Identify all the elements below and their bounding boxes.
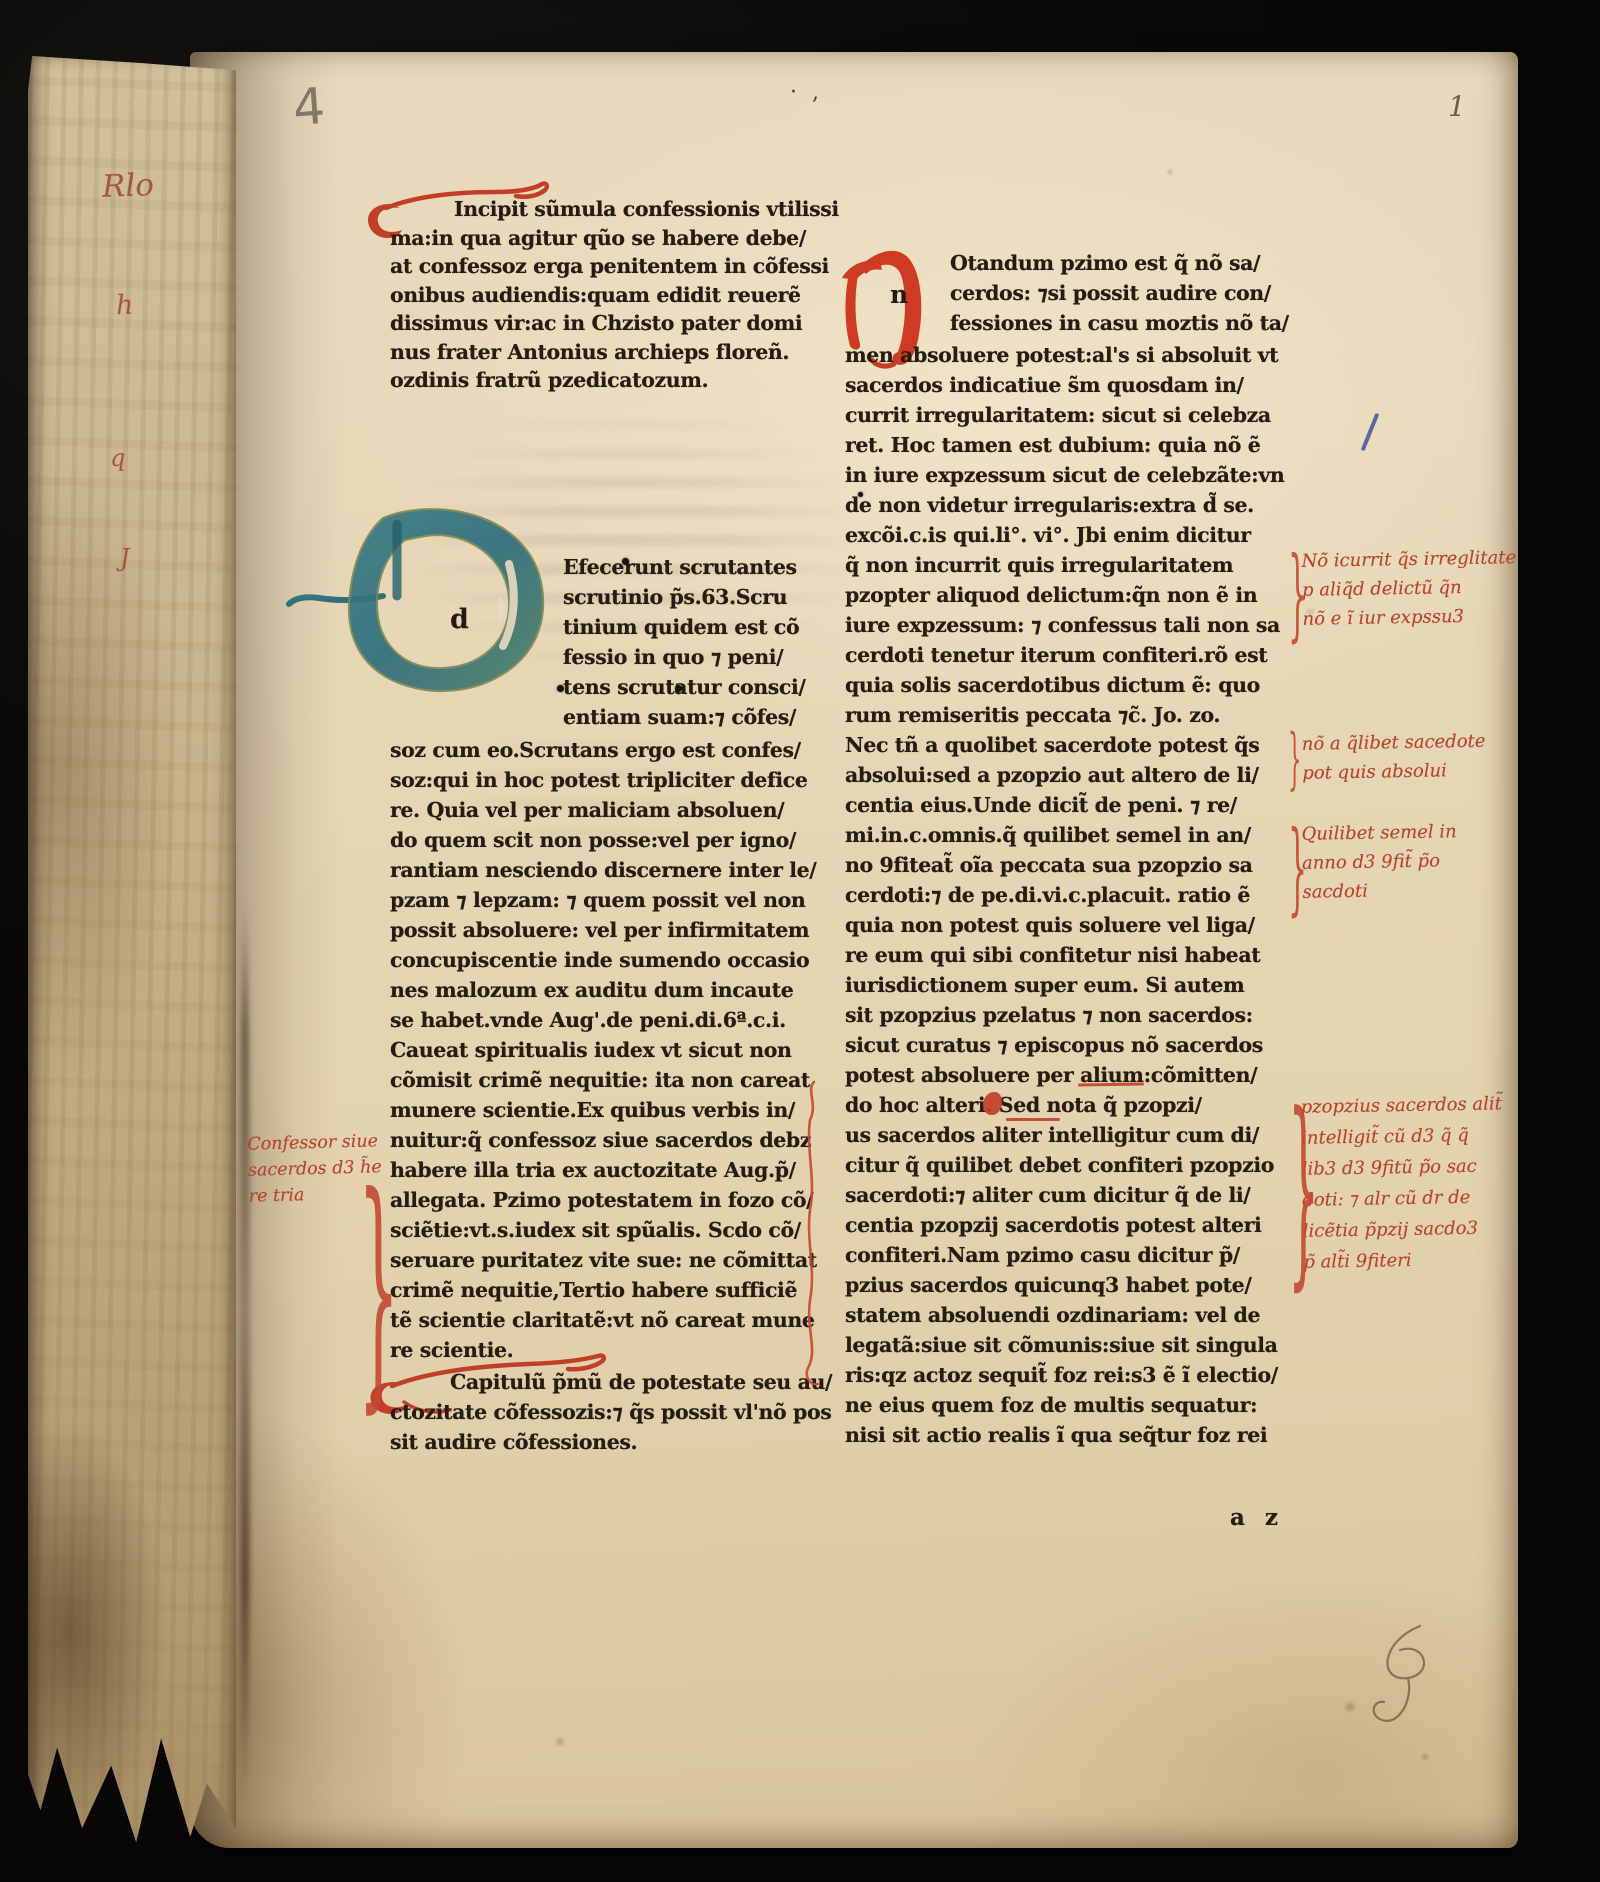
text-line: entiam suam:⁊ cõfes/ xyxy=(563,702,823,732)
text-line: munere scientie.Ex quibus verbis in/ xyxy=(390,1095,822,1125)
rubric-bracket xyxy=(1288,726,1301,792)
text-line: nõ e ĩ iur expssu3 xyxy=(1302,601,1514,634)
text-line: re eum qui sibi confitetur nisi habeat xyxy=(845,940,1300,970)
text-line: q̃ non incurrit quis irregularitatem xyxy=(845,550,1300,580)
rubric-bracket xyxy=(1288,1088,1319,1293)
text-line: rantiam nesciendo discernere inter le/ xyxy=(390,855,822,885)
text-line: allegata. Pzimo potestatem in fozo cõ/ xyxy=(390,1185,822,1215)
text-line: nes malozum ex auditu dum incaute xyxy=(390,975,822,1005)
text-line: iurisdictionem super eum. Si autem xyxy=(845,970,1300,1000)
rubric-squiggle xyxy=(800,1080,824,1390)
text-line: Efecerunt scrutantes xyxy=(563,552,823,582)
text-line: cerdos: ⁊si possit audire con/ xyxy=(950,278,1300,308)
text-line: sit audire cõfessiones. xyxy=(390,1427,822,1457)
text-line: p̃ alt̃i 9fiteri xyxy=(1303,1243,1516,1278)
text-line: de non videtur irregularis:extra d̃ se. xyxy=(845,490,1300,520)
text-line: us sacerdos aliter intelligitur cum di/ xyxy=(845,1120,1300,1150)
text-line: at confessoz erga penitentem in cõfessi xyxy=(390,252,822,281)
text-line: do quem scit non posse:vel per igno/ xyxy=(390,825,822,855)
ink-marks: · , xyxy=(790,80,823,105)
text-line: ne eius quem foz de multis sequatur: xyxy=(845,1390,1300,1420)
left-column-dropcap-lines: Efecerunt scrutantesscrutinio p̃s.63.Scr… xyxy=(563,552,823,732)
text-line: quia non potest quis soluere vel liga/ xyxy=(845,910,1300,940)
text-line: cerdoti tenetur iterum confiteri.rõ est xyxy=(845,640,1300,670)
vellum-strip: Rlo h q J xyxy=(28,56,236,1846)
guide-letter-d: d xyxy=(450,604,469,635)
text-line: potest absoluere per alium:cõmitten/ xyxy=(845,1060,1300,1090)
text-line: concupiscentie inde sumendo occasio xyxy=(390,945,822,975)
text-line: Incipit sũmula confessionis vtilissi xyxy=(390,195,822,224)
text-line: fessiones in casu moztis nõ ta/ xyxy=(950,308,1300,338)
chapter-heading: Capitulũ p̃mũ de potestate seu au/ctozit… xyxy=(390,1367,822,1457)
marginal-note: pzopzius sacerdos alit̃intelligit̃ cũ d3… xyxy=(1300,1088,1515,1278)
incipit-heading: Incipit sũmula confessionis vtilissima:i… xyxy=(390,195,822,395)
text-line: ma:in qua agitur qũo se habere debe/ xyxy=(390,224,822,253)
rubric-bracket xyxy=(1288,544,1307,644)
text-line: centia pzopzij sacerdotis potest alteri xyxy=(845,1210,1300,1240)
right-column-text: men absoluere potest:al's si absoluit vt… xyxy=(845,340,1300,1450)
text-line: seruare puritatez vite sue: ne cõmittat xyxy=(390,1245,822,1275)
text-line: crimẽ nequitie,Tertio habere sufficiẽ xyxy=(390,1275,822,1305)
gutter-crease xyxy=(240,892,250,1812)
text-line: intelligit̃ cũ d3 q̃ q̃ xyxy=(1301,1119,1514,1154)
text-line: rum remiseritis peccata ⁊c̃. Jo. zo. xyxy=(845,700,1300,730)
text-line: sicut curatus ⁊ episcopus nõ sacerdos xyxy=(845,1030,1300,1060)
text-line: Capitulũ p̃mũ de potestate seu au/ xyxy=(390,1367,822,1397)
text-line: tinium quidem est cõ xyxy=(563,612,823,642)
text-line: no 9fiteat̃ oĩa peccata sua pzopzio sa xyxy=(845,850,1300,880)
text-line: soz cum eo.Scrutans ergo est confes/ xyxy=(390,735,822,765)
text-line: onibus audiendis:quam edidit reuerẽ xyxy=(390,281,822,310)
ink-doodle xyxy=(1350,1620,1446,1736)
text-line: nõ a q̃libet sacedote xyxy=(1302,726,1514,759)
text-line: anno d3 9fit̃ p̃o xyxy=(1302,845,1514,878)
text-line: pzam ⁊ lepzam: ⁊ quem possit vel non xyxy=(390,885,822,915)
text-line: pzopzius sacerdos alit̃ xyxy=(1300,1088,1513,1123)
text-line: do hoc alteri. Sed nota q̃ pzopzi/ xyxy=(845,1090,1300,1120)
text-line: tẽ scientie claritatẽ:vt nõ careat mune xyxy=(390,1305,822,1335)
wormhole xyxy=(557,685,564,692)
text-line: men absoluere potest:al's si absoluit vt xyxy=(845,340,1300,370)
blue-pen-stroke xyxy=(1361,413,1380,452)
text-line: tens scrutatur consci/ xyxy=(563,672,823,702)
vellum-handwriting: Rlo xyxy=(101,167,154,205)
text-line: nisi sit actio realis ĩ qua seq̃tur foz … xyxy=(845,1420,1300,1450)
text-line: dissimus vir:ac in Chzisto pater domi xyxy=(390,309,822,338)
text-line: soz:qui in hoc potest tripliciter defice xyxy=(390,765,822,795)
text-line: citur q̃ quilibet debet confiteri pzopzi… xyxy=(845,1150,1300,1180)
text-line: cerdoti:⁊ de pe.di.vi.c.placuit. ratio ẽ xyxy=(845,880,1300,910)
rubric-bracket xyxy=(358,1164,399,1414)
text-line: se habet.vnde Aug'.de peni.di.6ª.c.i. xyxy=(390,1005,822,1035)
text-line: confiteri.Nam pzimo casu dicitur p̃/ xyxy=(845,1240,1300,1270)
text-line: ozdinis fratrũ pzedicatozum. xyxy=(390,366,822,395)
text-line: legatã:siue sit cõmunis:siue sit singula xyxy=(845,1330,1300,1360)
quire-signature: a z xyxy=(1230,1504,1284,1531)
guide-letter-n: n xyxy=(890,280,908,309)
text-line: iure expzessum: ⁊ confessus tali non sa xyxy=(845,610,1300,640)
text-line: Caueat spiritualis iudex vt sicut non xyxy=(390,1035,822,1065)
text-line: Nec tñ a quolibet sacerdote potest q̃s xyxy=(845,730,1300,760)
book-page: 4 · , 1 Incipit sũmula confessionis vtil… xyxy=(190,52,1518,1848)
text-line: quia solis sacerdotibus dictum ẽ: quo xyxy=(845,670,1300,700)
photo-backdrop: 4 · , 1 Incipit sũmula confessionis vtil… xyxy=(0,0,1600,1882)
text-line: centia eius.Unde dicit̃ de peni. ⁊ re/ xyxy=(845,790,1300,820)
wormhole xyxy=(858,492,863,497)
text-line: mi.in.c.omnis.q̃ quilibet semel in an/ xyxy=(845,820,1300,850)
vellum-handwriting: J xyxy=(120,544,131,572)
text-line: doti: ⁊ alr cũ dr de xyxy=(1302,1181,1515,1216)
text-line: sacdoti xyxy=(1302,874,1514,907)
initial-d-illuminated xyxy=(285,500,557,702)
text-line: nuitur:q̃ confessoz siue sacerdos debz xyxy=(390,1125,822,1155)
text-line: pzius sacerdos quicunq3 habet pote/ xyxy=(845,1270,1300,1300)
text-line: licẽtia p̃pzij sacdo3 xyxy=(1303,1212,1516,1247)
text-line: in iure expzessum sicut de celebzãte:vn xyxy=(845,460,1300,490)
text-line: pzopter aliquod delictum:q̃n non ẽ in xyxy=(845,580,1300,610)
text-line: cõmisit crimẽ nequitie: ita non careat xyxy=(390,1065,822,1095)
text-line: sit pzopzius pzelatus ⁊ non sacerdos: xyxy=(845,1000,1300,1030)
text-line: nus frater Antonius archieps floreñ. xyxy=(390,338,822,367)
wormhole xyxy=(675,685,682,692)
text-line: currit irregularitatem: sicut si celebza xyxy=(845,400,1300,430)
text-line: possit absoluere: vel per infirmitatem xyxy=(390,915,822,945)
vellum-handwriting: h xyxy=(115,290,133,322)
text-line: sacerdoti:⁊ aliter cum dicitur q̃ de li/ xyxy=(845,1180,1300,1210)
marginal-note: nõ a q̃libet sacedotepot quis absolui xyxy=(1302,726,1515,788)
text-line: sciẽtie:vt.s.iudex sit spũalis. Scdo cõ/ xyxy=(390,1215,822,1245)
vellum-handwriting: q xyxy=(110,444,126,473)
text-line: ctozitate cõfessozis:⁊ q̃s possit vl'nõ … xyxy=(390,1397,822,1427)
text-line: habere illa tria ex auctozitate Aug.p̃/ xyxy=(390,1155,822,1185)
text-line: absolui:sed a pzopzio aut altero de li/ xyxy=(845,760,1300,790)
text-line: excõi.c.is qui.li°. vi°. Jbi enim dicitu… xyxy=(845,520,1300,550)
text-line: sacerdos indicatiue s̃m quosdam in/ xyxy=(845,370,1300,400)
marginal-note: Quilibet semel inanno d3 9fit̃ p̃osacdot… xyxy=(1301,816,1514,907)
text-line: pot quis absolui xyxy=(1302,755,1514,788)
text-line: fessio in quo ⁊ peni/ xyxy=(563,642,823,672)
marginal-note: Nõ icurrit q̃s irreglitatep aliq̃d delic… xyxy=(1301,543,1514,634)
pencil-foliation-number: 4 xyxy=(291,77,327,137)
folio-number: 1 xyxy=(1448,90,1466,123)
text-line: Nõ icurrit q̃s irreglitate xyxy=(1301,543,1513,576)
right-column-dropcap-lines: Otandum pzimo est q̃ nõ sa/cerdos: ⁊si p… xyxy=(950,248,1300,338)
rubric-bracket xyxy=(1288,818,1307,918)
text-line: Otandum pzimo est q̃ nõ sa/ xyxy=(950,248,1300,278)
text-line: ret. Hoc tamen est dubium: quia nõ ẽ xyxy=(845,430,1300,460)
text-line: lib3 d3 9fitũ p̃o sac xyxy=(1301,1150,1514,1185)
text-line: scrutinio p̃s.63.Scru xyxy=(563,582,823,612)
text-line: p aliq̃d delictũ q̃n xyxy=(1302,572,1514,605)
text-line: re. Quia vel per maliciam absoluen/ xyxy=(390,795,822,825)
rubric-underline xyxy=(1006,1118,1060,1121)
text-line: statem absoluendi ozdinariam: vel de xyxy=(845,1300,1300,1330)
wormhole xyxy=(622,558,629,565)
left-column-text: soz cum eo.Scrutans ergo est confes/soz:… xyxy=(390,735,822,1365)
text-line: ris:qz actoz sequit̃ foz rei:s3 ẽ ĩ elec… xyxy=(845,1360,1300,1390)
text-line: Quilibet semel in xyxy=(1301,816,1513,849)
